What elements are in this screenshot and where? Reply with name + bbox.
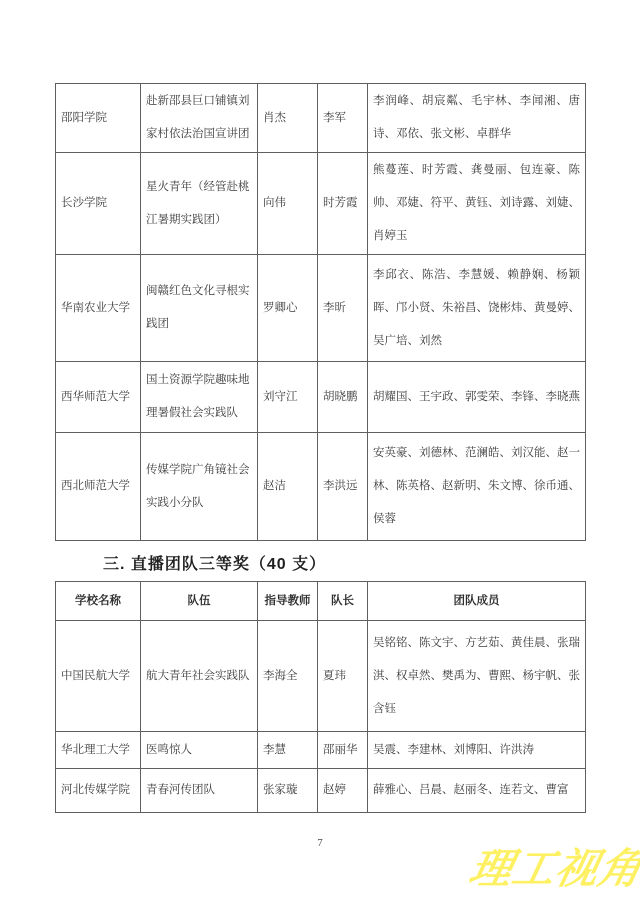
document-page: 邵阳学院 赴新邵县巨口铺镇刘家村依法治国宣讲团 肖杰 李军 李润峰、胡宸粼、毛宇… — [0, 0, 640, 905]
team-cell: 闽赣红色文化寻根实践团 — [141, 255, 258, 362]
members-cell: 李润峰、胡宸粼、毛宇林、李闻湘、唐诗、邓依、张文彬、卓群华 — [368, 84, 586, 153]
team-cell: 青春河传团队 — [141, 769, 258, 813]
advisor-cell: 赵洁 — [258, 433, 318, 541]
team-cell: 医鸣惊人 — [141, 732, 258, 769]
advisor-cell: 李海全 — [258, 621, 318, 732]
table-row: 西华师范大学 国土资源学院趣味地理暑假社会实践队 刘守江 胡晓鹏 胡耀国、王宇政… — [56, 362, 586, 433]
table-row: 邵阳学院 赴新邵县巨口铺镇刘家村依法治国宣讲团 肖杰 李军 李润峰、胡宸粼、毛宇… — [56, 84, 586, 153]
header-school: 学校名称 — [56, 582, 141, 621]
award-table-continued: 邵阳学院 赴新邵县巨口铺镇刘家村依法治国宣讲团 肖杰 李军 李润峰、胡宸粼、毛宇… — [55, 83, 586, 541]
members-cell: 吴铭铭、陈文宇、方艺茹、黄佳晨、张瑞淇、权卓然、樊禹为、曹熙、杨宇帆、张含钰 — [368, 621, 586, 732]
table-row: 长沙学院 星火青年（经管赴桃江暑期实践团） 向伟 时芳霞 熊蔓莲、时芳霞、龚曼丽… — [56, 153, 586, 255]
header-team: 队伍 — [141, 582, 258, 621]
leader-cell: 李洪远 — [318, 433, 368, 541]
table-header-row: 学校名称 队伍 指导教师 队长 团队成员 — [56, 582, 586, 621]
table-row: 华南农业大学 闽赣红色文化寻根实践团 罗卿心 李昕 李邱衣、陈浩、李慧媛、赖静娴… — [56, 255, 586, 362]
leader-cell: 时芳霞 — [318, 153, 368, 255]
advisor-cell: 罗卿心 — [258, 255, 318, 362]
table-row: 中国民航大学 航大青年社会实践队 李海全 夏玮 吴铭铭、陈文宇、方艺茹、黄佳晨、… — [56, 621, 586, 732]
team-cell: 传媒学院广角镜社会实践小分队 — [141, 433, 258, 541]
header-leader: 队长 — [318, 582, 368, 621]
advisor-cell: 张家璇 — [258, 769, 318, 813]
section-heading: 三. 直播团队三等奖（40 支） — [103, 551, 326, 574]
advisor-cell: 李慧 — [258, 732, 318, 769]
members-cell: 熊蔓莲、时芳霞、龚曼丽、包连豪、陈帅、邓婕、符平、黄钰、刘诗露、刘婕、肖婷玉 — [368, 153, 586, 255]
school-cell: 长沙学院 — [56, 153, 141, 255]
leader-cell: 李军 — [318, 84, 368, 153]
school-cell: 中国民航大学 — [56, 621, 141, 732]
team-cell: 国土资源学院趣味地理暑假社会实践队 — [141, 362, 258, 433]
members-cell: 李邱衣、陈浩、李慧媛、赖静娴、杨颖晖、邝小贤、朱裕昌、饶彬炜、黄曼婷、吴广培、刘… — [368, 255, 586, 362]
table-row: 华北理工大学 医鸣惊人 李慧 邵丽华 吴震、李建林、刘博阳、许洪涛 — [56, 732, 586, 769]
members-cell: 吴震、李建林、刘博阳、许洪涛 — [368, 732, 586, 769]
advisor-cell: 刘守江 — [258, 362, 318, 433]
team-cell: 星火青年（经管赴桃江暑期实践团） — [141, 153, 258, 255]
team-cell: 航大青年社会实践队 — [141, 621, 258, 732]
header-advisor: 指导教师 — [258, 582, 318, 621]
leader-cell: 李昕 — [318, 255, 368, 362]
members-cell: 薛雅心、吕晨、赵丽冬、连若文、曹富 — [368, 769, 586, 813]
table-row: 河北传媒学院 青春河传团队 张家璇 赵婷 薛雅心、吕晨、赵丽冬、连若文、曹富 — [56, 769, 586, 813]
leader-cell: 夏玮 — [318, 621, 368, 732]
team-cell: 赴新邵县巨口铺镇刘家村依法治国宣讲团 — [141, 84, 258, 153]
ligong-shijiao-watermark: 理工视角 — [464, 843, 640, 895]
school-cell: 华南农业大学 — [56, 255, 141, 362]
members-cell: 安英豪、刘德林、范澜皓、刘汉能、赵一林、陈英格、赵新明、朱文博、徐币通、侯蓉 — [368, 433, 586, 541]
leader-cell: 邵丽华 — [318, 732, 368, 769]
school-cell: 河北传媒学院 — [56, 769, 141, 813]
members-cell: 胡耀国、王宇政、郭雯荣、李锋、李晓燕 — [368, 362, 586, 433]
advisor-cell: 向伟 — [258, 153, 318, 255]
school-cell: 西华师范大学 — [56, 362, 141, 433]
leader-cell: 赵婷 — [318, 769, 368, 813]
leader-cell: 胡晓鹏 — [318, 362, 368, 433]
header-members: 团队成员 — [368, 582, 586, 621]
table-row: 西北师范大学 传媒学院广角镜社会实践小分队 赵洁 李洪远 安英豪、刘德林、范澜皓… — [56, 433, 586, 541]
school-cell: 华北理工大学 — [56, 732, 141, 769]
school-cell: 邵阳学院 — [56, 84, 141, 153]
advisor-cell: 肖杰 — [258, 84, 318, 153]
school-cell: 西北师范大学 — [56, 433, 141, 541]
third-prize-table: 学校名称 队伍 指导教师 队长 团队成员 中国民航大学 航大青年社会实践队 李海… — [55, 581, 586, 813]
